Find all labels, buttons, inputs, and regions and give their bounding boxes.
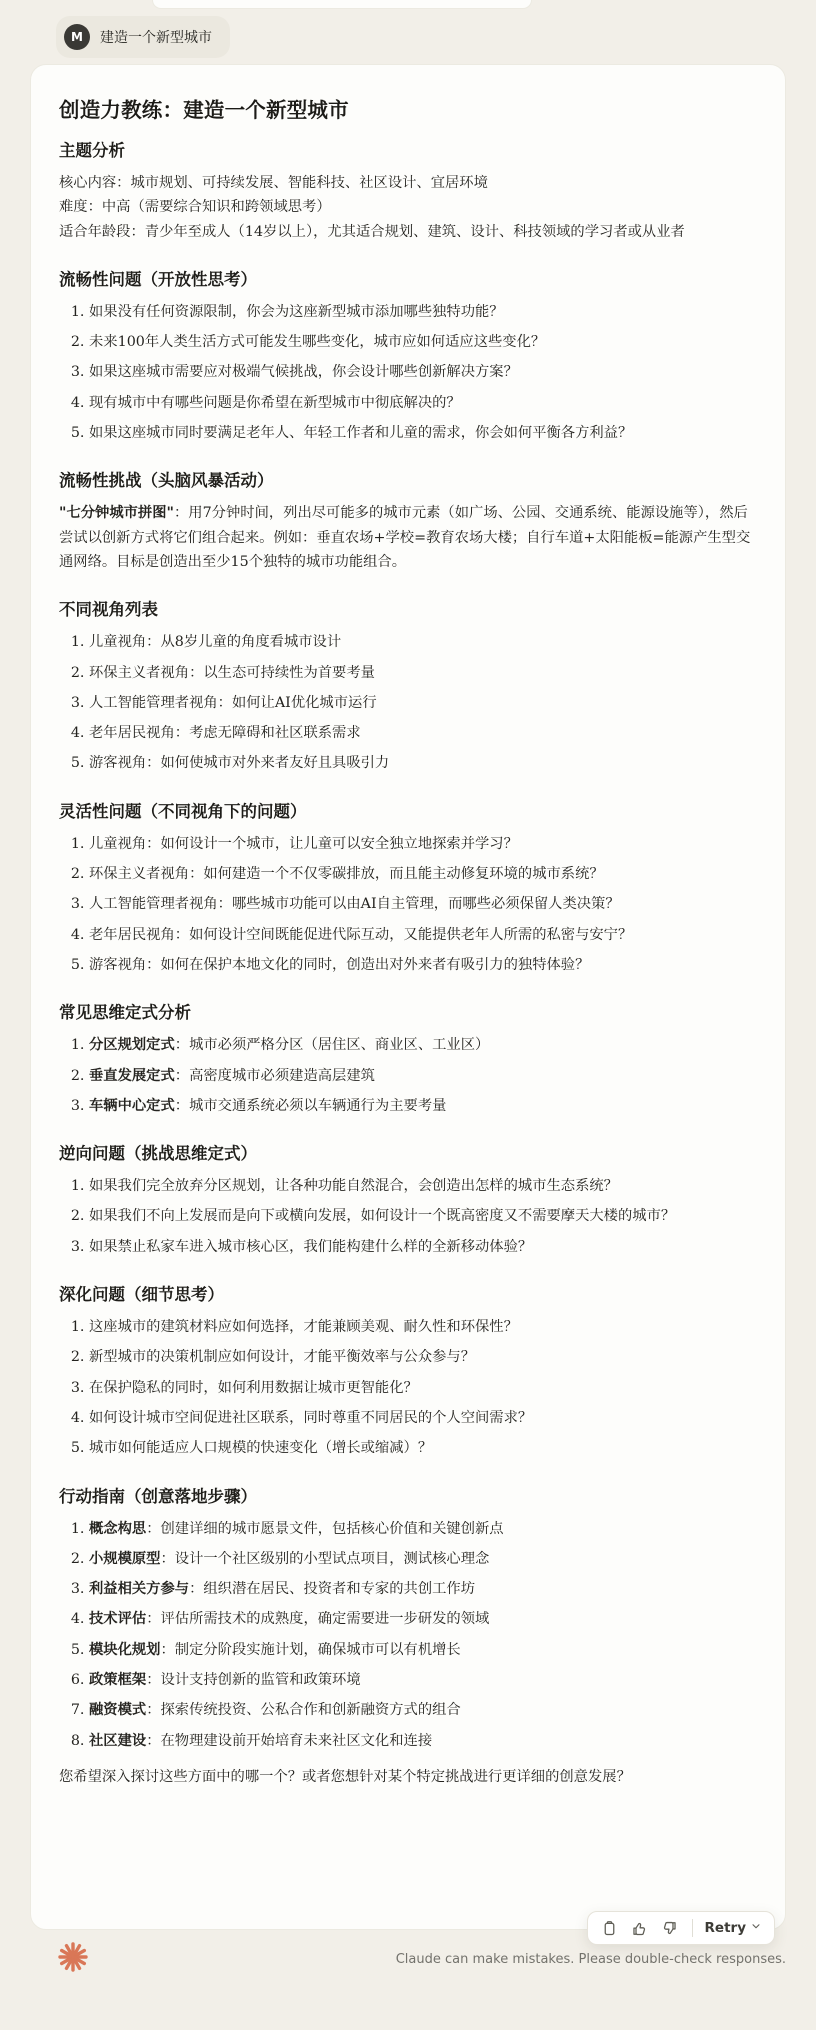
response-sections: 主题分析核心内容：城市规划、可持续发展、智能科技、社区设计、宜居环境难度：中高（… [59,137,757,1789]
section-list: 儿童视角：如何设计一个城市，让儿童可以安全独立地探索并学习？环保主义者视角：如何… [59,832,757,977]
thumbs-down-icon [661,1920,678,1937]
list-item: 老年居民视角：如何设计空间既能促进代际互动，又能提供老年人所需的私密与安宁？ [89,923,757,947]
list-item: 新型城市的决策机制应如何设计，才能平衡效率与公众参与？ [89,1345,757,1369]
list-item: 环保主义者视角：以生态可持续性为首要考量 [89,661,757,685]
list-item: 车辆中心定式：城市交通系统必须以车辆通行为主要考量 [89,1094,757,1118]
previous-card-bottom-edge [152,0,532,9]
section-list: 分区规划定式：城市必须严格分区（居住区、商业区、工业区）垂直发展定式：高密度城市… [59,1033,757,1118]
section-paragraph: "七分钟城市拼图"：用7分钟时间，列出尽可能多的城市元素（如广场、公园、交通系统… [59,501,757,574]
chevron-down-icon [750,1920,762,1936]
list-item: 人工智能管理者视角：哪些城市功能可以由AI自主管理，而哪些必须保留人类决策？ [89,892,757,916]
claude-starburst-logo [56,1940,90,1978]
section-heading: 常见思维定式分析 [59,999,757,1023]
list-item: 模块化规划：制定分阶段实施计划，确保城市可以有机增长 [89,1638,757,1662]
list-item: 融资模式：探索传统投资、公私合作和创新融资方式的组合 [89,1698,757,1722]
list-item: 技术评估：评估所需技术的成熟度，确定需要进一步研发的领域 [89,1607,757,1631]
list-item: 儿童视角：如何设计一个城市，让儿童可以安全独立地探索并学习？ [89,832,757,856]
clipboard-icon [601,1920,618,1937]
list-item: 如何设计城市空间促进社区联系，同时尊重不同居民的个人空间需求？ [89,1406,757,1430]
thumbs-up-icon [631,1920,648,1937]
list-item: 如果这座城市需要应对极端气候挑战，你会设计哪些创新解决方案？ [89,360,757,384]
list-item: 未来100年人类生活方式可能发生哪些变化，城市应如何适应这些变化？ [89,330,757,354]
section-heading: 流畅性问题（开放性思考） [59,266,757,290]
section-heading: 流畅性挑战（头脑风暴活动） [59,467,757,491]
list-item: 如果我们不向上发展而是向下或横向发展，如何设计一个既高密度又不需要摩天大楼的城市… [89,1204,757,1228]
assistant-response-card: 创造力教练：建造一个新型城市 主题分析核心内容：城市规划、可持续发展、智能科技、… [30,64,786,1930]
list-item: 老年居民视角：考虑无障碍和社区联系需求 [89,721,757,745]
list-item: 社区建设：在物理建设前开始培育未来社区文化和连接 [89,1729,757,1753]
list-item: 这座城市的建筑材料应如何选择，才能兼顾美观、耐久性和环保性？ [89,1315,757,1339]
user-message-text: 建造一个新型城市 [100,27,212,47]
list-item: 环保主义者视角：如何建造一个不仅零碳排放，而且能主动修复环境的城市系统？ [89,862,757,886]
list-item: 概念构思：创建详细的城市愿景文件，包括核心价值和关键创新点 [89,1517,757,1541]
section-heading: 不同视角列表 [59,596,757,620]
list-item: 垂直发展定式：高密度城市必须建造高层建筑 [89,1064,757,1088]
list-item: 城市如何能适应人口规模的快速变化（增长或缩减）？ [89,1436,757,1460]
list-item: 在保护隐私的同时，如何利用数据让城市更智能化？ [89,1376,757,1400]
list-item: 儿童视角：从8岁儿童的角度看城市设计 [89,630,757,654]
closing-question: 您希望深入探讨这些方面中的哪一个？或者您想针对某个特定挑战进行更详细的创意发展？ [59,1765,757,1789]
copy-button[interactable] [596,1915,624,1941]
section-list: 概念构思：创建详细的城市愿景文件，包括核心价值和关键创新点小规模原型：设计一个社… [59,1517,757,1753]
section-list: 如果没有任何资源限制，你会为这座新型城市添加哪些独特功能？未来100年人类生活方… [59,300,757,445]
toolbar-divider [692,1919,693,1937]
retry-button[interactable]: Retry [701,1918,766,1938]
list-item: 现有城市中有哪些问题是你希望在新型城市中彻底解决的？ [89,391,757,415]
list-item: 如果这座城市同时要满足老年人、年轻工作者和儿童的需求，你会如何平衡各方利益？ [89,421,757,445]
section-list: 这座城市的建筑材料应如何选择，才能兼顾美观、耐久性和环保性？新型城市的决策机制应… [59,1315,757,1460]
section-heading: 深化问题（细节思考） [59,1281,757,1305]
list-item: 游客视角：如何在保护本地文化的同时，创造出对外来者有吸引力的独特体验？ [89,953,757,977]
retry-label: Retry [705,1920,746,1936]
section-list: 儿童视角：从8岁儿童的角度看城市设计环保主义者视角：以生态可持续性为首要考量人工… [59,630,757,775]
list-item: 分区规划定式：城市必须严格分区（居住区、商业区、工业区） [89,1033,757,1057]
response-title: 创造力教练：建造一个新型城市 [59,93,757,123]
user-avatar: M [64,24,90,50]
page-footer: Claude can make mistakes. Please double-… [0,1940,816,1978]
list-item: 小规模原型：设计一个社区级别的小型试点项目，测试核心理念 [89,1547,757,1571]
list-item: 如果禁止私家车进入城市核心区，我们能构建什么样的全新移动体验？ [89,1235,757,1259]
list-item: 如果没有任何资源限制，你会为这座新型城市添加哪些独特功能？ [89,300,757,324]
list-item: 利益相关方参与：组织潜在居民、投资者和专家的共创工作坊 [89,1577,757,1601]
section-heading: 主题分析 [59,137,757,161]
section-heading: 行动指南（创意落地步骤） [59,1483,757,1507]
section-paragraph: 核心内容：城市规划、可持续发展、智能科技、社区设计、宜居环境难度：中高（需要综合… [59,171,757,244]
disclaimer-text: Claude can make mistakes. Please double-… [396,1952,786,1967]
user-message-row: M 建造一个新型城市 [56,16,230,58]
list-item: 游客视角：如何使城市对外来者友好且具吸引力 [89,751,757,775]
list-item: 人工智能管理者视角：如何让AI优化城市运行 [89,691,757,715]
section-heading: 灵活性问题（不同视角下的问题） [59,798,757,822]
section-heading: 逆向问题（挑战思维定式） [59,1140,757,1164]
thumbs-up-button[interactable] [626,1915,654,1941]
list-item: 政策框架：设计支持创新的监管和政策环境 [89,1668,757,1692]
thumbs-down-button[interactable] [656,1915,684,1941]
user-message-bubble: M 建造一个新型城市 [56,16,230,58]
section-list: 如果我们完全放弃分区规划，让各种功能自然混合，会创造出怎样的城市生态系统？如果我… [59,1174,757,1259]
list-item: 如果我们完全放弃分区规划，让各种功能自然混合，会创造出怎样的城市生态系统？ [89,1174,757,1198]
